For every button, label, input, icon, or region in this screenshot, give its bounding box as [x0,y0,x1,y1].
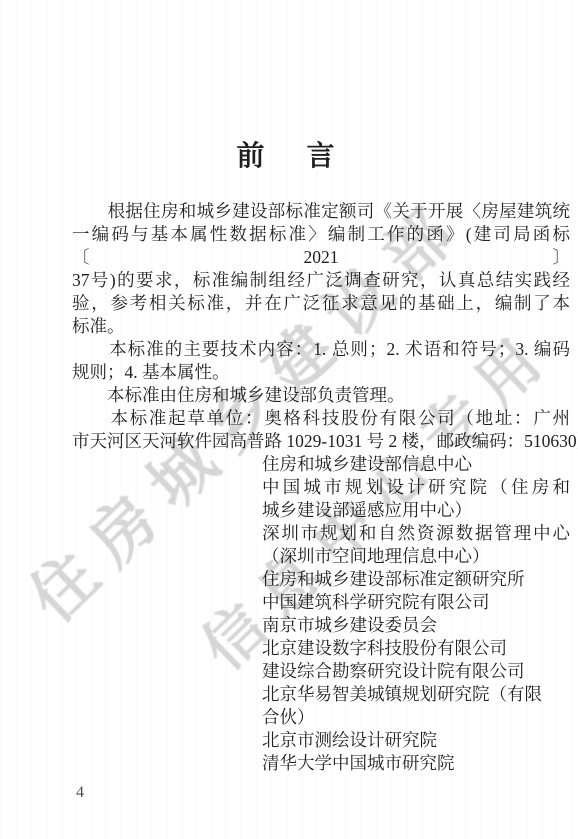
drafting-unit-line: 北京建设数字科技股份有限公司 [262,637,570,660]
paragraph2-line: 本标准的主要技术内容：1. 总则；2. 术语和符号；3. 编码 [72,338,570,361]
drafting-unit-line: 住房和城乡建设部信息中心 [262,453,570,476]
drafting-units-list: 住房和城乡建设部信息中心 中国城市规划设计研究院（住房和 城乡建设部遥感应用中心… [262,453,570,775]
drafting-unit-line: 建设综合勘察研究设计院有限公司 [262,660,570,683]
drafting-unit-line: 北京市测绘设计研究院 [262,729,570,752]
paragraph4-line: 本标准起草单位：奥格科技股份有限公司（地址：广州 [72,407,570,430]
drafting-unit-line: 清华大学中国城市研究院 [262,752,570,775]
drafting-unit-line: 合伙） [262,706,570,729]
paragraph1-line: 标准。 [72,315,570,338]
drafting-unit-line: 南京市城乡建设委员会 [262,614,570,637]
paragraph2-line: 规则；4. 基本属性。 [72,361,570,384]
paragraph1-line: 根据住房和城乡建设部标准定额司《关于开展〈房屋建筑统 [72,200,570,223]
page-number: 4 [76,784,84,802]
drafting-unit-line: 深圳市规划和自然资源数据管理中心 [262,522,570,545]
drafting-unit-line: 中国城市规划设计研究院（住房和 [262,476,570,499]
drafting-unit-line: （深圳市空间地理信息中心） [262,545,570,568]
drafting-unit-line: 中国建筑科学研究院有限公司 [262,591,570,614]
paragraph1-line: 37号)的要求，标准编制组经广泛调查研究，认真总结实践经 [72,269,570,292]
drafting-unit-line: 住房和城乡建设部标准定额研究所 [262,568,570,591]
page-title: 前 言 [0,134,578,174]
drafting-unit-line: 城乡建设部遥感应用中心） [262,499,570,522]
preface-body: 根据住房和城乡建设部标准定额司《关于开展〈房屋建筑统 一编码与基本属性数据标准〉… [72,200,570,775]
drafting-unit-line: 北京华易智美城镇规划研究院（有限 [262,683,570,706]
document-page: 住房城乡建设部 信息中心专用 前 言 根据住房和城乡建设部标准定额司《关于开展〈… [0,0,578,839]
paragraph1-line: 一编码与基本属性数据标准〉编制工作的函》(建司局函标〔2021〕 [72,223,570,269]
paragraph3-line: 本标准由住房和城乡建设部负责管理。 [72,384,570,407]
paragraph4-line: 市天河区天河软件园高普路 1029-1031 号 2 楼，邮政编码：510630… [72,430,570,453]
paragraph1-line: 验，参考相关标准，并在广泛征求意见的基础上，编制了本 [72,292,570,315]
